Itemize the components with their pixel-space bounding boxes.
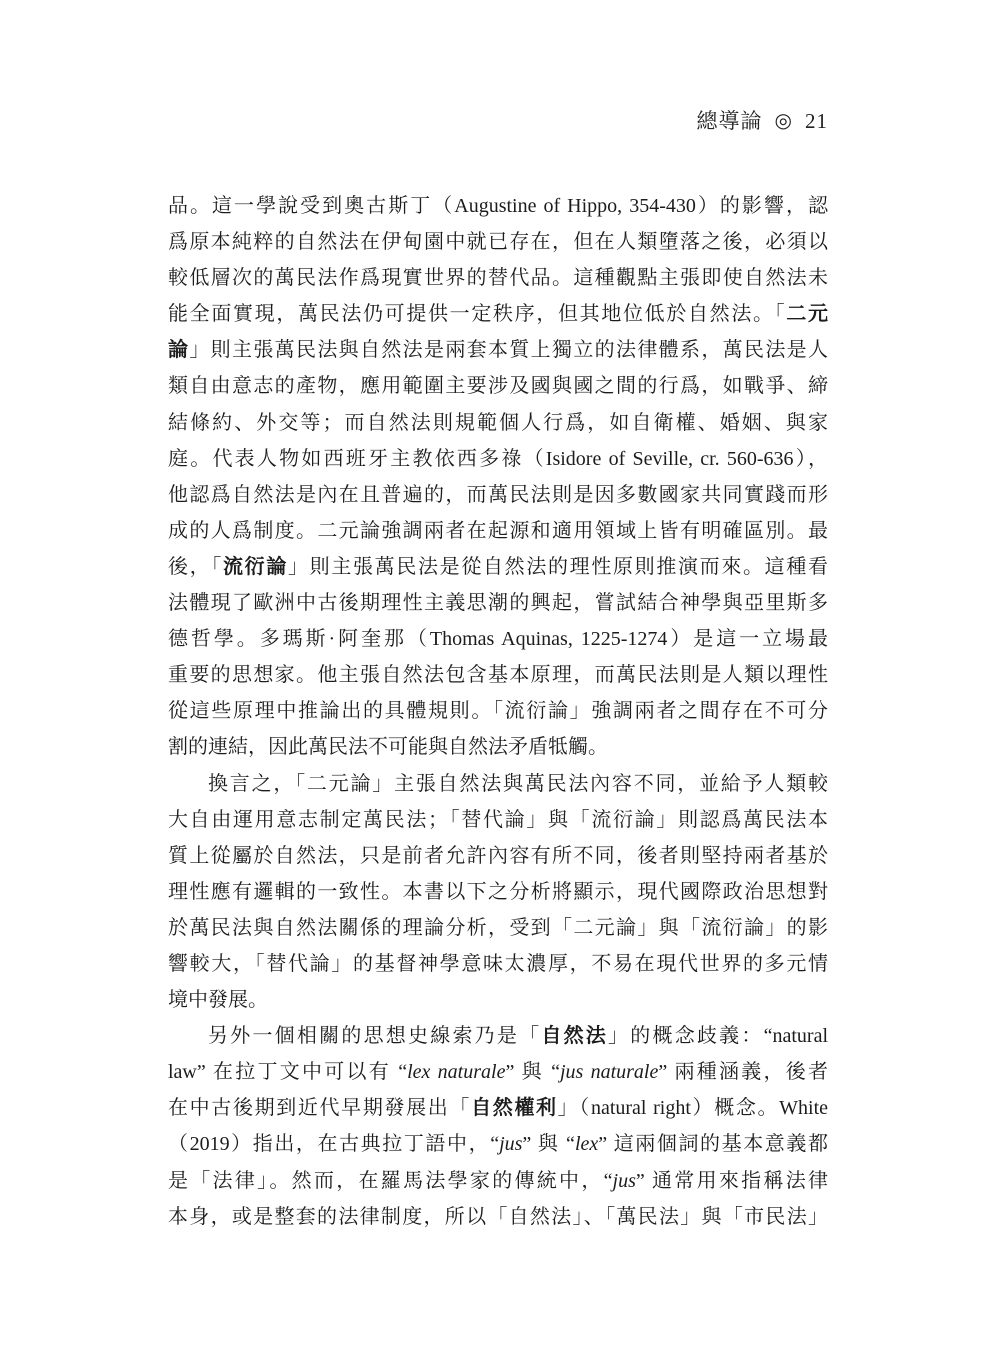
text-line: 從這些原理中推論出的具體規則。「流衍論」強調兩者之間存在不可分 <box>168 693 828 729</box>
bold-term: 自然法 <box>541 1025 608 1047</box>
text-line: 割的連結，因此萬民法不可能與自然法矛盾牴觸。 <box>168 729 828 765</box>
text-segment: 成的人爲制度。二元論強調兩者在起源和適用領域上皆有明確區別。最 <box>168 520 828 542</box>
text-line: 換言之，「二元論」主張自然法與萬民法內容不同，並給予人類較 <box>168 766 828 802</box>
text-segment: 」則主張萬民法是從自然法的理性原則推演而來。這種看 <box>288 556 828 578</box>
page-number: 21 <box>805 109 828 134</box>
latin-italic-term: jus <box>499 1133 522 1155</box>
latin-italic-term: jus naturale <box>560 1061 658 1083</box>
text-line: 是「法律」。然而，在羅馬法學家的傳統中，“jus” 通常用來指稱法律 <box>168 1163 828 1199</box>
text-line: 後，「流衍論」則主張萬民法是從自然法的理性原則推演而來。這種看 <box>168 549 828 585</box>
text-line: 理性應有邏輯的一致性。本書以下之分析將顯示，現代國際政治思想對 <box>168 874 828 910</box>
text-line: 重要的思想家。他主張自然法包含基本原理，而萬民法則是人類以理性 <box>168 657 828 693</box>
text-segment: 」（natural right）概念。White <box>558 1097 828 1119</box>
text-line: 品。這一學說受到奧古斯丁（Augustine of Hippo, 354-430… <box>168 188 828 224</box>
text-line: 爲原本純粹的自然法在伊甸園中就已存在，但在人類墮落之後，必須以 <box>168 224 828 260</box>
text-line: 在中古後期到近代早期發展出「自然權利」（natural right）概念。Whi… <box>168 1090 828 1126</box>
text-segment: 本身，或是整套的法律制度，所以「自然法」、「萬民法」與「市民法」 <box>168 1206 828 1228</box>
text-line: 響較大，「替代論」的基督神學意味太濃厚，不易在現代世界的多元情 <box>168 946 828 982</box>
text-segment: 他認爲自然法是內在且普遍的，而萬民法則是因多數國家共同實踐而形 <box>168 484 828 506</box>
text-line: 論」則主張萬民法與自然法是兩套本質上獨立的法律體系，萬民法是人 <box>168 332 828 368</box>
text-segment: 境中發展。 <box>168 989 268 1011</box>
text-line: 結條約、外交等；而自然法則規範個人行爲，如自衛權、婚姻、與家 <box>168 405 828 441</box>
text-line: （2019）指出，在古典拉丁語中，“jus” 與 “lex” 這兩個詞的基本意義… <box>168 1126 828 1162</box>
text-segment: 響較大，「替代論」的基督神學意味太濃厚，不易在現代世界的多元情 <box>168 953 828 975</box>
text-line: 於萬民法與自然法關係的理論分析，受到「二元論」與「流衍論」的影 <box>168 910 828 946</box>
text-segment: 能全面實現，萬民法仍可提供一定秩序，但其地位低於自然法。「 <box>168 303 786 325</box>
text-segment: 」的概念歧義：“natural <box>608 1025 828 1047</box>
body-text-block: 品。這一學說受到奧古斯丁（Augustine of Hippo, 354-430… <box>168 188 828 1235</box>
running-header: 總導論 ◎ 21 <box>168 105 828 135</box>
text-line: 大自由運用意志制定萬民法；「替代論」與「流衍論」則認爲萬民法本 <box>168 802 828 838</box>
text-segment: 法體現了歐洲中古後期理性主義思潮的興起，嘗試結合神學與亞里斯多 <box>168 592 828 614</box>
text-line: 質上從屬於自然法，只是前者允許內容有所不同，後者則堅持兩者基於 <box>168 838 828 874</box>
section-title: 總導論 <box>697 105 763 135</box>
text-segment: 是「法律」。然而，在羅馬法學家的傳統中，“ <box>168 1170 613 1192</box>
bold-term: 論 <box>168 339 189 361</box>
text-segment: 較低層次的萬民法作爲現實世界的替代品。這種觀點主張即使自然法未 <box>168 267 828 289</box>
text-line: law” 在拉丁文中可以有 “lex naturale” 與 “jus natu… <box>168 1054 828 1090</box>
text-segment: law” 在拉丁文中可以有 “ <box>168 1061 407 1083</box>
text-line: 成的人爲制度。二元論強調兩者在起源和適用領域上皆有明確區別。最 <box>168 513 828 549</box>
text-segment: 質上從屬於自然法，只是前者允許內容有所不同，後者則堅持兩者基於 <box>168 845 828 867</box>
text-segment: ” 與 “ <box>522 1133 575 1155</box>
text-segment: ” 通常用來指稱法律 <box>636 1170 828 1192</box>
text-segment: 割的連結，因此萬民法不可能與自然法矛盾牴觸。 <box>168 736 608 758</box>
double-circle-icon: ◎ <box>775 108 793 133</box>
text-segment: 爲原本純粹的自然法在伊甸園中就已存在，但在人類墮落之後，必須以 <box>168 231 828 253</box>
bold-term: 自然權利 <box>471 1097 558 1119</box>
text-line: 另外一個相關的思想史線索乃是「自然法」的概念歧義：“natural <box>168 1018 828 1054</box>
latin-italic-term: lex naturale <box>407 1061 505 1083</box>
text-line: 本身，或是整套的法律制度，所以「自然法」、「萬民法」與「市民法」 <box>168 1199 828 1235</box>
text-line: 法體現了歐洲中古後期理性主義思潮的興起，嘗試結合神學與亞里斯多 <box>168 585 828 621</box>
text-line: 境中發展。 <box>168 982 828 1018</box>
text-segment: 類自由意志的產物，應用範圍主要涉及國與國之間的行爲，如戰爭、締 <box>168 375 828 397</box>
text-segment: 另外一個相關的思想史線索乃是「 <box>208 1025 541 1047</box>
text-segment: 德哲學。多瑪斯·阿奎那（Thomas Aquinas, 1225-1274）是這… <box>168 628 828 650</box>
text-segment: 大自由運用意志制定萬民法；「替代論」與「流衍論」則認爲萬民法本 <box>168 809 828 831</box>
text-line: 德哲學。多瑪斯·阿奎那（Thomas Aquinas, 1225-1274）是這… <box>168 621 828 657</box>
text-segment: 換言之，「二元論」主張自然法與萬民法內容不同，並給予人類較 <box>208 773 828 795</box>
text-line: 類自由意志的產物，應用範圍主要涉及國與國之間的行爲，如戰爭、締 <box>168 368 828 404</box>
text-segment: 理性應有邏輯的一致性。本書以下之分析將顯示，現代國際政治思想對 <box>168 881 828 903</box>
text-segment: 」則主張萬民法與自然法是兩套本質上獨立的法律體系，萬民法是人 <box>189 339 828 361</box>
text-segment: 後，「 <box>168 556 223 578</box>
text-line: 能全面實現，萬民法仍可提供一定秩序，但其地位低於自然法。「二元 <box>168 296 828 332</box>
latin-italic-term: jus <box>613 1170 636 1192</box>
text-line: 較低層次的萬民法作爲現實世界的替代品。這種觀點主張即使自然法未 <box>168 260 828 296</box>
latin-italic-term: lex <box>575 1133 598 1155</box>
text-segment: 結條約、外交等；而自然法則規範個人行爲，如自衛權、婚姻、與家 <box>168 412 828 434</box>
text-segment: ” 兩種涵義，後者 <box>658 1061 828 1083</box>
text-segment: 從這些原理中推論出的具體規則。「流衍論」強調兩者之間存在不可分 <box>168 700 828 722</box>
book-page: 總導論 ◎ 21 品。這一學說受到奧古斯丁（Augustine of Hippo… <box>0 0 991 1367</box>
text-segment: 品。這一學說受到奧古斯丁（Augustine of Hippo, 354-430… <box>168 195 828 217</box>
text-segment: （2019）指出，在古典拉丁語中，“ <box>168 1133 499 1155</box>
text-segment: ” 這兩個詞的基本意義都 <box>598 1133 828 1155</box>
text-line: 他認爲自然法是內在且普遍的，而萬民法則是因多數國家共同實踐而形 <box>168 477 828 513</box>
text-segment: ” 與 “ <box>505 1061 560 1083</box>
text-segment: 重要的思想家。他主張自然法包含基本原理，而萬民法則是人類以理性 <box>168 664 828 686</box>
text-line: 庭。代表人物如西班牙主教依西多祿（Isidore of Seville, cr.… <box>168 441 828 477</box>
text-segment: 在中古後期到近代早期發展出「 <box>168 1097 471 1119</box>
text-segment: 庭。代表人物如西班牙主教依西多祿（Isidore of Seville, cr.… <box>168 448 828 470</box>
bold-term: 二元 <box>786 303 828 325</box>
text-segment: 於萬民法與自然法關係的理論分析，受到「二元論」與「流衍論」的影 <box>168 917 828 939</box>
bold-term: 流衍論 <box>223 556 288 578</box>
